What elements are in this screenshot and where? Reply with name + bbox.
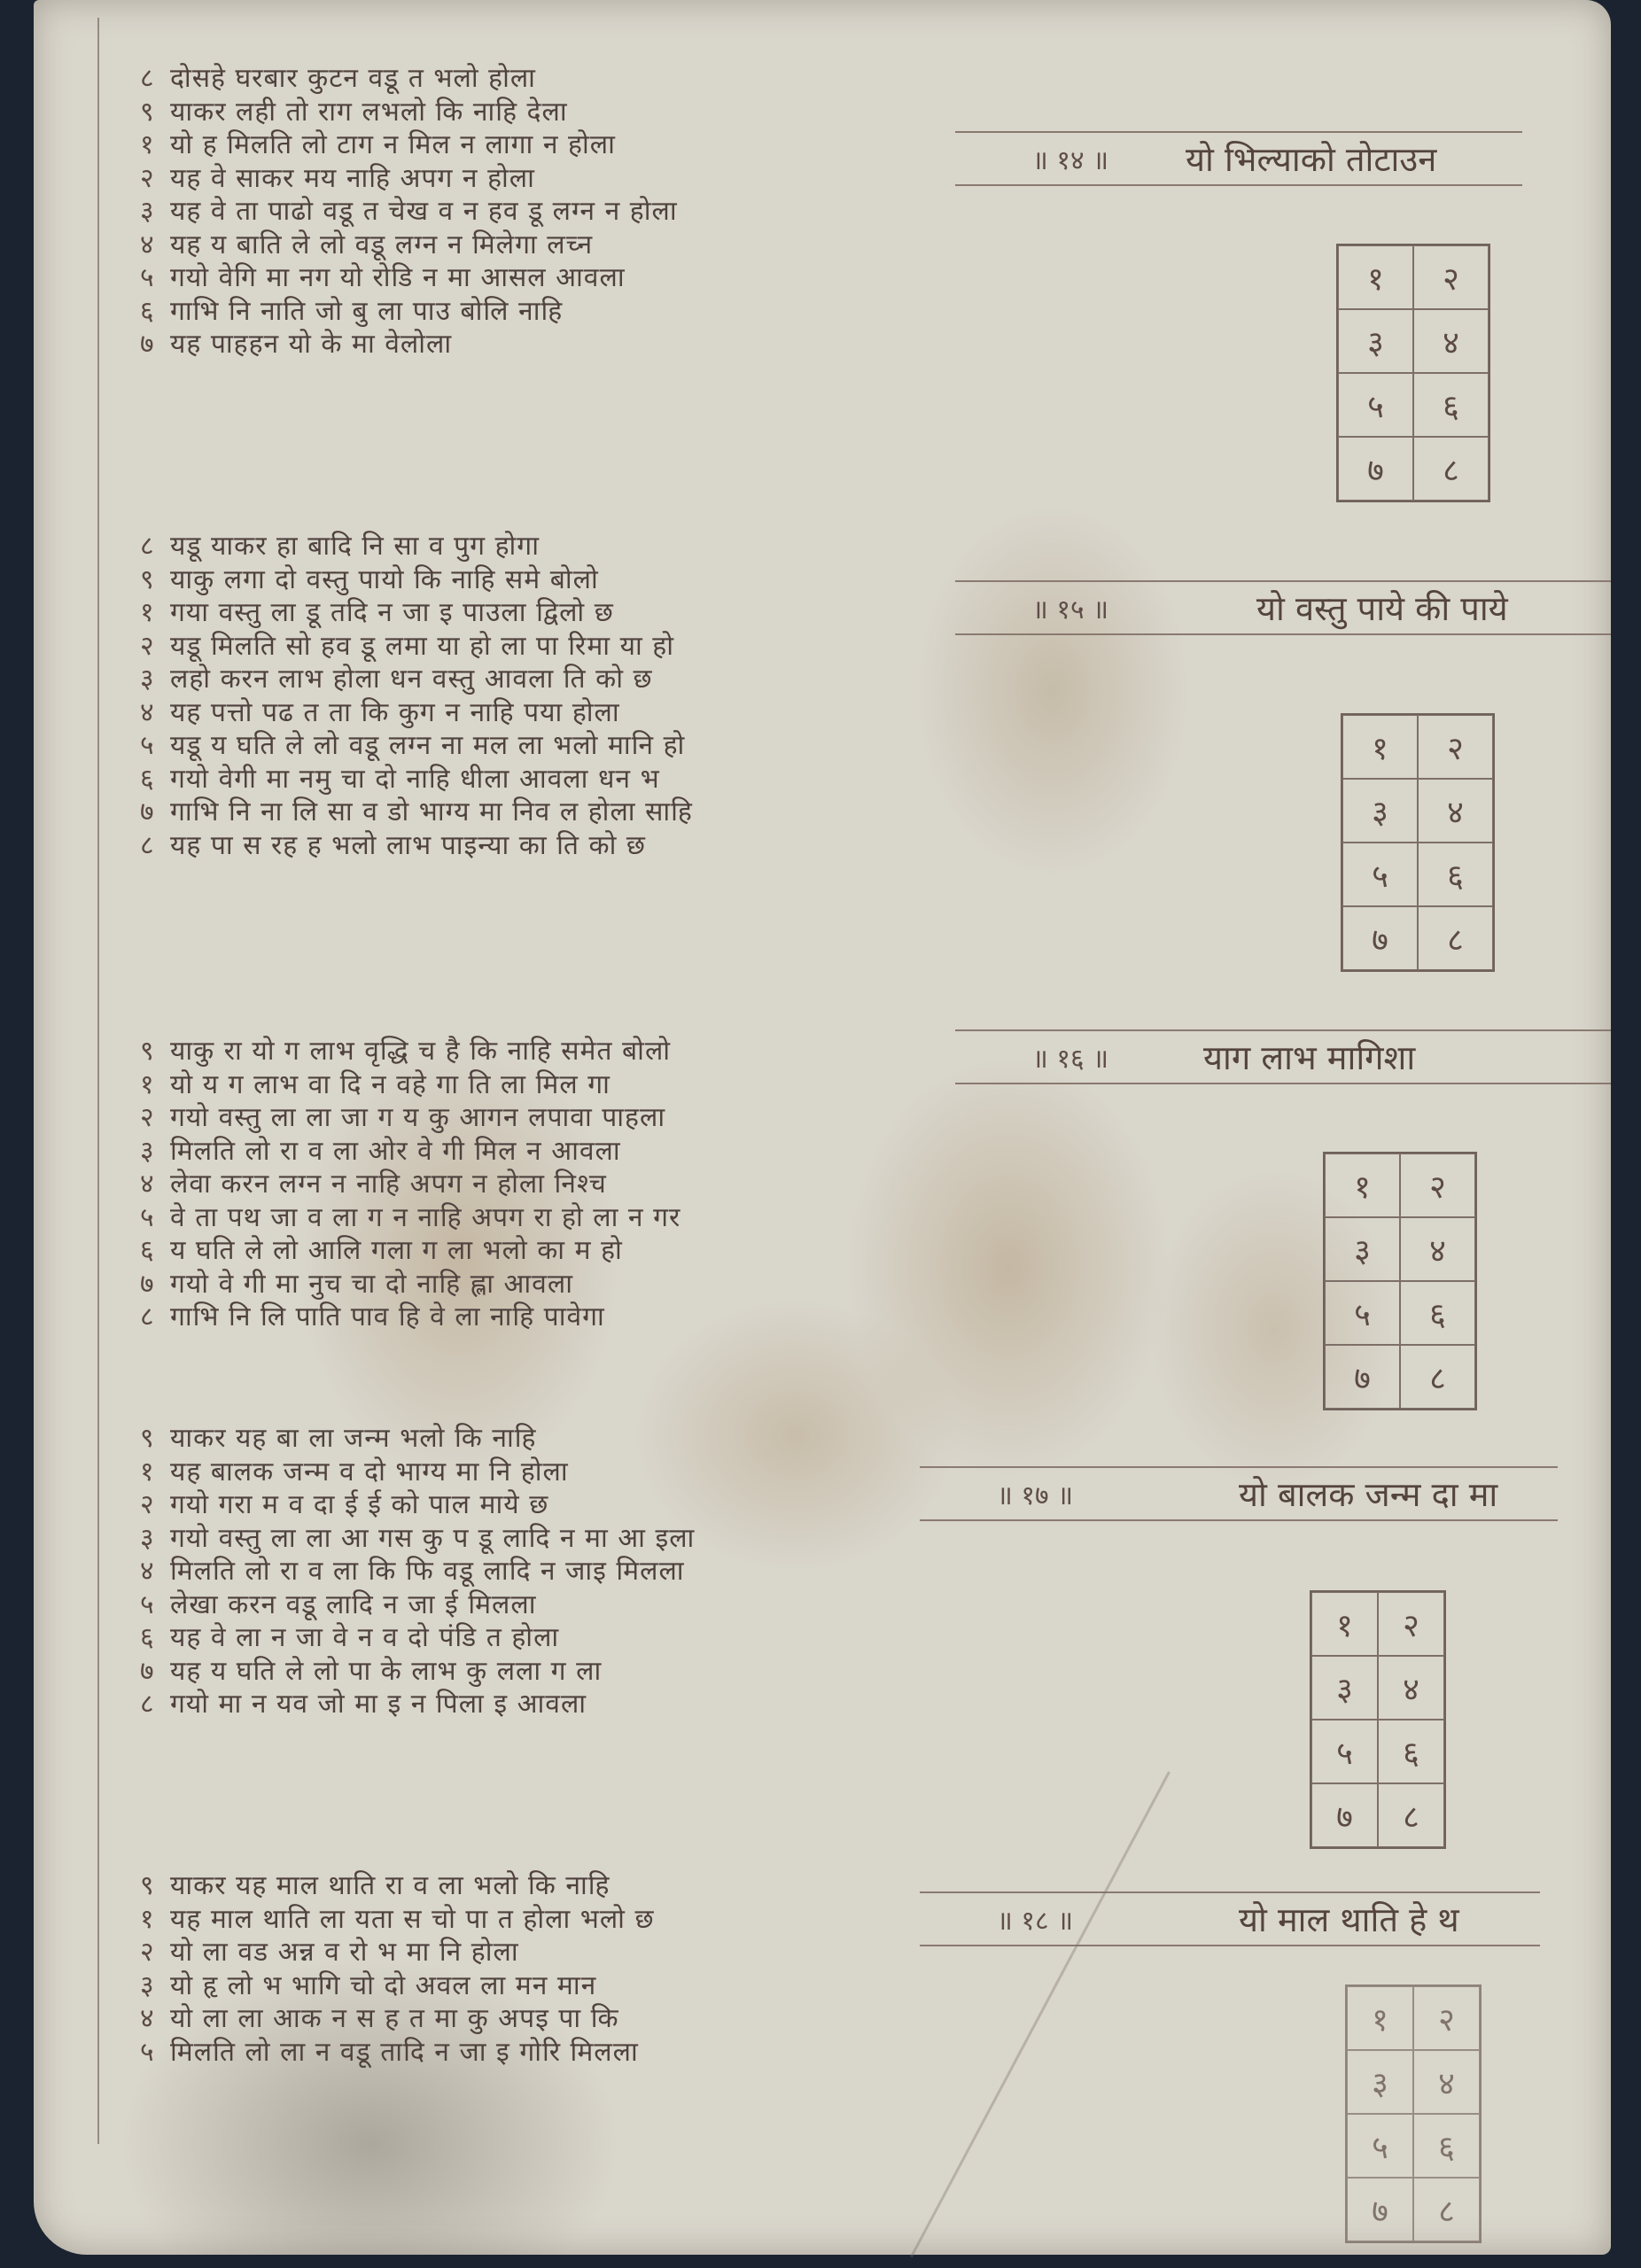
section-14-text: ८दोसहे घरबार कुटन वडू त भलो होला ९याकर ल… bbox=[140, 62, 937, 361]
grid-cell: १ bbox=[1342, 715, 1418, 779]
text-line: २यडू मिलति सो हव डू लमा या हो ला पा रिमा… bbox=[140, 630, 937, 664]
grid-cell: ८ bbox=[1413, 2178, 1480, 2241]
section-15-header: ॥ १५ ॥ यो वस्तु पाये की पाये bbox=[955, 580, 1611, 635]
text-line: २यह वे साकर मय नाहि अपग न होला bbox=[140, 162, 937, 196]
paper-fold-crease bbox=[910, 1771, 1170, 2257]
text-line: ९याकर यह बा ला जन्म भलो कि नाहि bbox=[140, 1422, 937, 1456]
section-18-text: ९याकर यह माल थाति रा व ला भलो कि नाहि १य… bbox=[140, 1869, 937, 2069]
grid-cell: ५ bbox=[1338, 373, 1413, 437]
grid-cell: ६ bbox=[1413, 2114, 1480, 2178]
grid-cell: २ bbox=[1400, 1153, 1475, 1217]
text-line: ८गयो मा न यव जो मा इ न पिला इ आवला bbox=[140, 1688, 937, 1721]
text-line: ९याकर लही तो राग लभलो कि नाहि देला bbox=[140, 96, 937, 129]
grid-cell: २ bbox=[1378, 1592, 1444, 1656]
text-line: ६य घति ले लो आलि गला ग ला भलो का म हो bbox=[140, 1234, 937, 1268]
grid-cell: २ bbox=[1413, 1986, 1480, 2050]
text-line: २यो ला वड अन्न व रो भ मा नि होला bbox=[140, 1936, 937, 1969]
grid-cell: ५ bbox=[1311, 1720, 1378, 1783]
grid-cell: ७ bbox=[1338, 437, 1413, 501]
section-16-text: ९याकु रा यो ग लाभ वृद्धि च है कि नाहि सम… bbox=[140, 1035, 937, 1334]
section-14-grid: १ २ ३ ४ ५ ६ ७ ८ bbox=[1336, 244, 1490, 502]
text-line: ३यो हृ लो भ भागि चो दो अवल ला मन मान bbox=[140, 1969, 937, 2003]
grid-cell: ८ bbox=[1418, 906, 1493, 970]
text-line: ४यो ला ला आक न स ह त मा कु अपइ पा कि bbox=[140, 2002, 937, 2036]
section-number: ॥ १५ ॥ bbox=[955, 590, 1186, 626]
text-line: ३गयो वस्तु ला ला आ गस कु प डू लादि न मा … bbox=[140, 1522, 937, 1556]
text-line: ८गाभि नि लि पाति पाव हि वे ला नाहि पावेग… bbox=[140, 1301, 937, 1334]
grid-cell: ४ bbox=[1400, 1217, 1475, 1281]
section-18-header: ॥ १८ ॥ यो माल थाति हे थ bbox=[920, 1891, 1540, 1946]
text-line: ९याकर यह माल थाति रा व ला भलो कि नाहि bbox=[140, 1869, 937, 1903]
grid-cell: ५ bbox=[1342, 843, 1418, 906]
text-line: ४लेवा करन लग्न न नाहि अपग न होला निश्च bbox=[140, 1168, 937, 1201]
text-line: ६गाभि नि नाति जो बु ला पाउ बोलि नाहि bbox=[140, 295, 937, 329]
grid-cell: ८ bbox=[1400, 1345, 1475, 1409]
grid-cell: ३ bbox=[1325, 1217, 1400, 1281]
text-line: ५वे ता पथ जा व ला ग न नाहि अपग रा हो ला … bbox=[140, 1201, 937, 1235]
grid-cell: ६ bbox=[1378, 1720, 1444, 1783]
text-line: ८यडू याकर हा बादि नि सा व पुग होगा bbox=[140, 530, 937, 563]
text-line: ५मिलति लो ला न वडू तादि न जा इ गोरि मिलल… bbox=[140, 2036, 937, 2070]
text-line: २गयो वस्तु ला ला जा ग य कु आगन लपावा पाह… bbox=[140, 1101, 937, 1135]
text-line: ६यह वे ला न जा वे न व दो पंडि त होला bbox=[140, 1621, 937, 1655]
grid-cell: ५ bbox=[1325, 1281, 1400, 1345]
text-line: ७गयो वे गी मा नुच चा दो नाहि ह्ला आवला bbox=[140, 1268, 937, 1301]
grid-cell: ६ bbox=[1413, 373, 1489, 437]
text-line: १यो य ग लाभ वा दि न वहे गा ति ला मिल गा bbox=[140, 1068, 937, 1102]
grid-cell: ४ bbox=[1418, 779, 1493, 843]
text-line: ४यह पत्तो पढ त ता कि कुग न नाहि पया होला bbox=[140, 696, 937, 730]
text-line: ३लहो करन लाभ होला धन वस्तु आवला ति को छ bbox=[140, 663, 937, 696]
section-title: याग लाभ मागिशा bbox=[1203, 1034, 1415, 1080]
grid-cell: २ bbox=[1418, 715, 1493, 779]
grid-cell: २ bbox=[1413, 245, 1489, 309]
text-line: १यह बालक जन्म व दो भाग्य मा नि होला bbox=[140, 1456, 937, 1489]
section-14-header: ॥ १४ ॥ यो भिल्याको तोटाउन bbox=[955, 131, 1522, 186]
section-15-grid: १ २ ३ ४ ५ ६ ७ ८ bbox=[1341, 713, 1495, 972]
grid-cell: ४ bbox=[1413, 309, 1489, 373]
section-15-text: ८यडू याकर हा बादि नि सा व पुग होगा ९याकु… bbox=[140, 530, 937, 862]
grid-cell: ५ bbox=[1347, 2114, 1413, 2178]
text-line: ३यह वे ता पाढो वडू त चेख व न हव डू लग्न … bbox=[140, 195, 937, 229]
grid-cell: ७ bbox=[1342, 906, 1418, 970]
section-title: यो माल थाति हे थ bbox=[1239, 1896, 1459, 1942]
section-title: यो वस्तु पाये की पाये bbox=[1256, 585, 1508, 631]
section-number: ॥ १८ ॥ bbox=[920, 1901, 1150, 1938]
text-line: ९याकु लगा दो वस्तु पायो कि नाहि समे बोलो bbox=[140, 563, 937, 597]
grid-cell: ६ bbox=[1418, 843, 1493, 906]
section-17-text: ९याकर यह बा ला जन्म भलो कि नाहि १यह बालक… bbox=[140, 1422, 937, 1721]
section-title: यो बालक जन्म दा मा bbox=[1239, 1471, 1497, 1517]
text-line: ५लेखा करन वडू लादि न जा ई मिलला bbox=[140, 1588, 937, 1622]
grid-cell: ४ bbox=[1378, 1656, 1444, 1720]
section-number: ॥ १७ ॥ bbox=[920, 1476, 1150, 1512]
grid-cell: ६ bbox=[1400, 1281, 1475, 1345]
text-line: १यह माल थाति ला यता स चो पा त होला भलो छ bbox=[140, 1903, 937, 1937]
section-number: ॥ १६ ॥ bbox=[955, 1039, 1186, 1076]
grid-cell: ८ bbox=[1413, 437, 1489, 501]
text-line: ४मिलति लो रा व ला कि फि वडू लादि न जाइ म… bbox=[140, 1555, 937, 1588]
section-16-grid: १ २ ३ ४ ५ ६ ७ ८ bbox=[1323, 1152, 1477, 1410]
text-line: ७यह पाहहन यो के मा वेलोला bbox=[140, 328, 937, 361]
grid-cell: ३ bbox=[1347, 2050, 1413, 2114]
text-line: ९याकु रा यो ग लाभ वृद्धि च है कि नाहि सम… bbox=[140, 1035, 937, 1068]
text-line: २गयो गरा म व दा ई ई को पाल माये छ bbox=[140, 1488, 937, 1522]
text-line: ८दोसहे घरबार कुटन वडू त भलो होला bbox=[140, 62, 937, 96]
grid-cell: ७ bbox=[1325, 1345, 1400, 1409]
grid-cell: १ bbox=[1311, 1592, 1378, 1656]
grid-cell: ३ bbox=[1311, 1656, 1378, 1720]
grid-cell: ३ bbox=[1338, 309, 1413, 373]
text-line: ५यडू य घति ले लो वडू लग्न ना मल ला भलो म… bbox=[140, 729, 937, 763]
section-number: ॥ १४ ॥ bbox=[955, 141, 1186, 177]
margin-rule bbox=[97, 18, 99, 2144]
grid-cell: ३ bbox=[1342, 779, 1418, 843]
text-line: ३मिलति लो रा व ला ओर वे गी मिल न आवला bbox=[140, 1135, 937, 1169]
grid-cell: ८ bbox=[1378, 1783, 1444, 1847]
text-line: ४यह य बाति ले लो वडू लग्न न मिलेगा लच्न bbox=[140, 229, 937, 262]
section-18-grid: १ २ ३ ४ ५ ६ ७ ८ bbox=[1345, 1984, 1482, 2243]
text-line: ८यह पा स रह ह भलो लाभ पाइन्या का ति को छ bbox=[140, 829, 937, 863]
text-line: १यो ह मिलति लो टाग न मिल न लागा न होला bbox=[140, 128, 937, 162]
manuscript-page: ८दोसहे घरबार कुटन वडू त भलो होला ९याकर ल… bbox=[34, 0, 1611, 2255]
grid-cell: १ bbox=[1338, 245, 1413, 309]
text-line: ६गयो वेगी मा नमु चा दो नाहि धीला आवला धन… bbox=[140, 763, 937, 796]
section-16-header: ॥ १६ ॥ याग लाभ मागिशा bbox=[955, 1029, 1611, 1084]
grid-cell: ४ bbox=[1413, 2050, 1480, 2114]
grid-cell: १ bbox=[1325, 1153, 1400, 1217]
grid-cell: १ bbox=[1347, 1986, 1413, 2050]
section-17-grid: १ २ ३ ४ ५ ६ ७ ८ bbox=[1310, 1590, 1446, 1849]
grid-cell: ७ bbox=[1347, 2178, 1413, 2241]
section-17-header: ॥ १७ ॥ यो बालक जन्म दा मा bbox=[920, 1466, 1558, 1521]
grid-cell: ७ bbox=[1311, 1783, 1378, 1847]
text-line: ५गयो वेगि मा नग यो रोडि न मा आसल आवला bbox=[140, 261, 937, 295]
section-title: यो भिल्याको तोटाउन bbox=[1186, 136, 1436, 182]
text-line: ७गाभि नि ना लि सा व डो भाग्य मा निव ल हो… bbox=[140, 796, 937, 829]
text-line: १गया वस्तु ला डू तदि न जा इ पाउला द्विलो… bbox=[140, 596, 937, 630]
text-line: ७यह य घति ले लो पा के लाभ कु लला ग ला bbox=[140, 1655, 937, 1689]
